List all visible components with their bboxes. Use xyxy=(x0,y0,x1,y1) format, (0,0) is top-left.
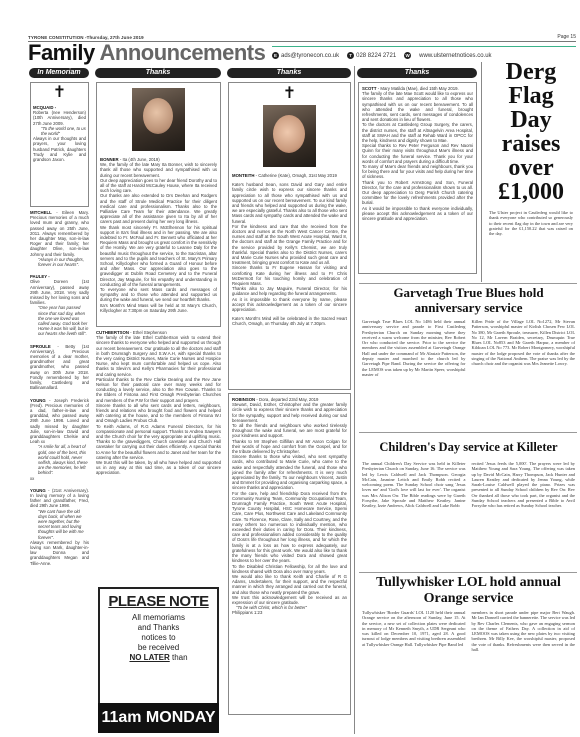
paragraph: We would also like to thank Keith and Ch… xyxy=(232,574,347,595)
title-family: Family xyxy=(28,40,95,65)
memoriam-list: MITCHELL - Eileen Mary. Precious memorie… xyxy=(30,210,89,566)
column-divider xyxy=(354,66,355,734)
article-divider xyxy=(359,283,577,284)
paragraph: Thanks also to Jay Maguire, Funeral Dire… xyxy=(232,286,347,296)
paragraph: We trust this will be taken, by all who … xyxy=(96,460,221,476)
scripture-reference: Philippians 1:23 xyxy=(232,610,347,615)
email-contact[interactable]: Eads@tyronecon.co.uk xyxy=(272,52,339,59)
article-headline: Children's Day service at Killeter xyxy=(362,440,575,455)
deceased-name: MONTEITH xyxy=(232,173,254,178)
paragraph: The family of the late Ethel Cuthbertson… xyxy=(96,335,221,377)
thanks-scott: SCOTT - Mary Matilda (Mae), died 15th Ma… xyxy=(358,82,477,274)
website-text: www.ulsternetnotices.co.uk xyxy=(419,53,491,59)
contact-bar: Eads@tyronecon.co.uk T028 8224 2721 Wwww… xyxy=(272,52,576,59)
page-title: Family Announcements xyxy=(28,40,265,66)
thanks-robinson: ROBINSON - Dora, departed 23rd May, 2019… xyxy=(228,393,351,715)
paragraph: To the Disabled Christian Fellowship, fo… xyxy=(232,564,347,574)
notice-text: - Betty (1st Anniversary). Precious memo… xyxy=(30,344,89,391)
paragraph: Sincere thanks to Fr Eugene Hassan for v… xyxy=(232,265,347,286)
notice-text: Always remembered by his loving son Mark… xyxy=(30,540,89,566)
paragraph: Ita's Month's Mind Mass will be held at … xyxy=(100,303,217,313)
paragraph: We, the family of the late Mary Ita Bonn… xyxy=(100,162,217,178)
please-note-body: All memoriams and Thanks notices to be r… xyxy=(100,613,217,663)
header-thanks-3: Thanks xyxy=(357,68,477,78)
header-thanks-1: Thanks xyxy=(95,68,221,78)
note-line: than xyxy=(170,653,188,662)
memoriam-sproule: SPROULE - Betty (1st Anniversary). Preci… xyxy=(30,344,89,391)
article-headline: Garvetagh True Blues hold anniversary se… xyxy=(362,285,575,315)
paragraph: To the doctors at Castlederg Group Surge… xyxy=(362,122,473,143)
memoriam-mcquaid: ✝ MCQUAID - Roberta (nee Henderson) (10t… xyxy=(30,82,89,207)
thanks-cuthbertson: CUTHBERTSON - Ethel Stephenson The famil… xyxy=(96,330,221,476)
email-icon: E xyxy=(272,52,279,59)
article-col-2: Killen Pride of the Village LOL No1272, … xyxy=(472,319,576,377)
please-note-box: PLEASE NOTE All memoriams and Thanks not… xyxy=(98,587,219,705)
note-line: and Thanks xyxy=(100,623,217,633)
article-divider xyxy=(359,432,577,433)
paragraph: The family of the late Mae Scott would l… xyxy=(362,91,473,122)
article-divider xyxy=(359,572,577,573)
paragraph: Sincere thanks to all who sent cards and… xyxy=(96,403,221,424)
article-body: The Ulster project in Castlederg would l… xyxy=(485,210,577,236)
phone-text: 028 8224 2721 xyxy=(356,53,396,59)
bonner-photo xyxy=(132,88,185,151)
paragraph: Special thanks to Rev Peter Ferguson and… xyxy=(362,143,473,164)
note-line: notices to xyxy=(100,633,217,643)
article-col-1: Tullywhisker 'Border Guards' LOL 1120 he… xyxy=(362,610,466,652)
phone-icon: T xyxy=(347,52,354,59)
paragraph: Kate's husband Sean, sons David and Gary… xyxy=(232,182,347,224)
article-killeter: Children's Day service at Killeter The a… xyxy=(362,440,575,509)
cross-icon: ✝ xyxy=(232,86,347,102)
note-line: All memoriams xyxy=(100,613,217,623)
paragraph: To many of Mae's dear friends and neighb… xyxy=(362,164,473,180)
notice-text: Olive Doreen (1st Anniversary), passed a… xyxy=(30,279,89,305)
article-col-2: recited 'Jesus feeds the 5,000'. The pra… xyxy=(472,461,576,509)
article-headline: Tullywhisker LOL hold annual Orange serv… xyxy=(362,575,575,607)
article-tullywhisker: Tullywhisker LOL hold annual Orange serv… xyxy=(362,575,575,652)
memoriam-pauley: PAULEY -Olive Doreen (1st Anniversary), … xyxy=(30,274,89,336)
article-derg: Derg Flag Day raises over £1,000 The Uls… xyxy=(485,60,577,236)
article-col-1: The annual Children's Day Service was he… xyxy=(362,461,466,509)
note-line: be received xyxy=(100,643,217,653)
paragraph: Our deep appreciation goes to her dear f… xyxy=(100,178,217,194)
thanks-monteith: ✝ MONTEITH - Catherine (Kate), Omagh, 31… xyxy=(228,82,351,390)
paragraph: To all the friends and neighbours who wo… xyxy=(232,423,347,439)
verse: "We cant have the old days back, of when… xyxy=(30,509,89,540)
paragraph: For the kindness and care that she recei… xyxy=(232,224,347,266)
notice-text: xx xyxy=(30,476,34,481)
verse: "One year has passed since that sad day,… xyxy=(30,305,89,336)
article-headline: Derg Flag Day raises over £1,000 xyxy=(485,60,577,204)
paragraph: Stewart, David, Esther, Christopher and … xyxy=(232,402,347,423)
article-col-2: members in short parade under pipe major… xyxy=(472,610,576,652)
cross-icon: ✝ xyxy=(33,85,86,101)
column-divider xyxy=(481,62,482,282)
web-contact[interactable]: Wwww.ulsternetnotices.co.uk xyxy=(404,52,491,59)
paragraph: Our thanks are also extended to Drs Deeh… xyxy=(100,193,217,224)
paragraph: Thanks to Mr Stephen Gilfillan and Mr Aa… xyxy=(232,439,347,455)
deadline-banner: 11am MONDAY xyxy=(98,703,219,733)
paragraph: We thank most sincerely Fr. McElhennon f… xyxy=(100,225,217,287)
notice-text: Roberta (nee Henderson) (10th Anniversar… xyxy=(33,110,86,125)
verse: "A smile for all, a heart of gold, one o… xyxy=(30,444,89,475)
article-col-1: Garvetagh True Blues LOL No 1486 held th… xyxy=(362,319,466,377)
header-in-memoriam: In Memoriam xyxy=(29,68,89,78)
article-garvetagh: Garvetagh True Blues hold anniversary se… xyxy=(362,285,575,377)
note-emphasis: NO LATER xyxy=(129,653,169,662)
paragraph: As it would be impossible to thank every… xyxy=(362,206,473,222)
paragraph: To everyone who sent Mass cards and mess… xyxy=(100,287,217,303)
paragraph: For the care, help and friendship Dora r… xyxy=(232,491,347,564)
title-announcements: Announcements xyxy=(100,40,266,65)
paragraph: Sincere thanks to those who visited, who… xyxy=(232,454,347,490)
green-divider xyxy=(272,46,576,47)
paragraph: Particular thanks to the Rev Clarke Dear… xyxy=(96,377,221,403)
memoriam-young-1: YOUNG - Joseph Frederick (Fred). Preciou… xyxy=(30,398,89,481)
notice-text: Always in our thoughts and prayers, your… xyxy=(33,136,86,162)
phone-contact[interactable]: T028 8224 2721 xyxy=(347,52,396,59)
paragraph: As it is impossible to thank everyone by… xyxy=(232,297,347,313)
paragraph: Kate's Month's Mind will be celebrated i… xyxy=(232,316,347,326)
notice-text: - Eileen Mary. Precious memories of a mu… xyxy=(30,210,89,257)
paragraph: To Keith Adams, of R.G Adams Funeral Dir… xyxy=(96,424,221,460)
please-note-heading: PLEASE NOTE xyxy=(100,593,217,610)
verse: "To the world one, to us the world" xyxy=(33,126,86,136)
header-thanks-2: Thanks xyxy=(227,68,351,78)
verse: "Always in our thoughts, forever in our … xyxy=(30,257,89,267)
web-icon: W xyxy=(404,52,411,59)
notice-text: - Joseph Frederick (Fred). Precious memo… xyxy=(30,398,89,445)
paragraph: Thank you to Robert Armstrong and Son, F… xyxy=(362,180,473,206)
paragraph: We trust this acknowledgement will be re… xyxy=(232,595,347,605)
thanks-bonner: BONNER - Ita (4th June, 2019) We, the fa… xyxy=(96,82,221,327)
notice-subtitle: - Catherine (Kate), Omagh, 31st May 2019 xyxy=(256,173,337,178)
monteith-photo xyxy=(263,105,316,167)
page-number: Page 15 xyxy=(557,34,576,40)
memoriam-young-2: YOUNG - (21st Anniversary). In loving me… xyxy=(30,488,89,566)
memoriam-mitchell: MITCHELL - Eileen Mary. Precious memorie… xyxy=(30,210,89,267)
email-text: ads@tyronecon.co.uk xyxy=(281,53,339,59)
